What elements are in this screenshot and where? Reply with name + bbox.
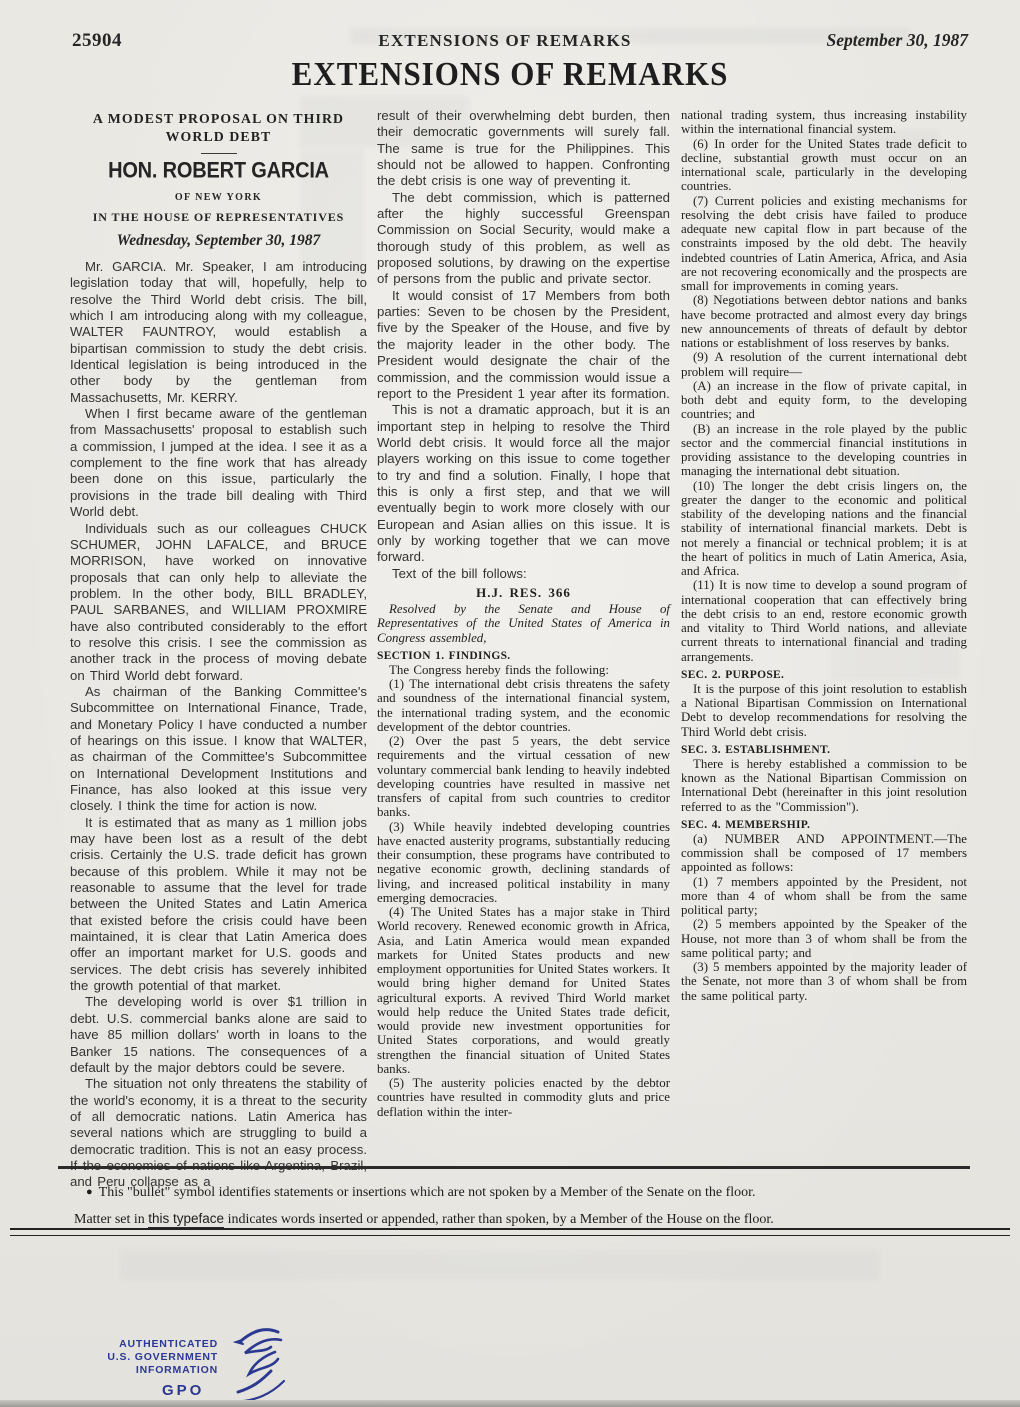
article-dateline: Wednesday, September 30, 1987 — [70, 232, 367, 250]
gpo-seal-line-3: INFORMATION — [58, 1364, 218, 1377]
gpo-seal-line-1: AUTHENTICATED — [58, 1338, 218, 1351]
title-divider — [201, 153, 237, 154]
page-bottom-rule — [10, 1228, 1010, 1236]
paragraph: The Congress hereby finds the following: — [377, 663, 670, 677]
column-3-text: national trading system, thus increasing… — [681, 108, 967, 1003]
congressional-record-page: 25904 EXTENSIONS OF REMARKS September 30… — [0, 0, 1020, 1407]
footnote-line-2-pre: Matter set in — [74, 1212, 148, 1227]
gpo-seal-text: AUTHENTICATED U.S. GOVERNMENT INFORMATIO… — [58, 1338, 218, 1377]
paragraph: Individuals such as our colleagues CHUCK… — [70, 521, 367, 684]
gpo-authentication-seal: AUTHENTICATED U.S. GOVERNMENT INFORMATIO… — [58, 1330, 308, 1402]
footnote-divider — [58, 1166, 970, 1169]
paragraph: (A) an increase in the flow of private c… — [681, 379, 967, 422]
running-head-date: September 30, 1987 — [768, 30, 968, 51]
paragraph: (3) While heavily indebted developing co… — [377, 820, 670, 906]
paragraph: (3) 5 members appointed by the majority … — [681, 960, 967, 1003]
paragraph: The developing world is over $1 trillion… — [70, 994, 367, 1076]
article-header: A MODEST PROPOSAL ON THIRD WORLD DEBT HO… — [70, 110, 367, 250]
article-chamber: IN THE HOUSE OF REPRESENTATIVES — [70, 210, 367, 225]
article-title: A MODEST PROPOSAL ON THIRD WORLD DEBT — [70, 110, 367, 146]
running-head-title: EXTENSIONS OF REMARKS — [242, 31, 768, 51]
article-speaker-state: OF NEW YORK — [70, 192, 367, 203]
running-header: 25904 EXTENSIONS OF REMARKS September 30… — [72, 30, 968, 52]
gpo-abbreviation: GPO — [162, 1382, 204, 1399]
typeface-sample-text: this typeface — [148, 1211, 224, 1228]
footnote-block: ●This "bullet" symbol identifies stateme… — [74, 1181, 962, 1231]
paragraph: SECTION 1. FINDINGS. — [377, 649, 670, 663]
paragraph: (7) Current policies and existing mechan… — [681, 194, 967, 294]
paragraph: This is not a dramatic approach, but it … — [377, 402, 670, 565]
paragraph: When I first became aware of the gentlem… — [70, 406, 367, 520]
footnote-line-2-post: indicates words inserted or appended, ra… — [224, 1212, 774, 1227]
paragraph: (10) The longer the debt crisis lingers … — [681, 479, 967, 579]
footnote-line-1: ●This "bullet" symbol identifies stateme… — [74, 1181, 962, 1204]
page-number: 25904 — [72, 30, 242, 52]
paragraph: (a) NUMBER AND APPOINTMENT.—The commissi… — [681, 832, 967, 875]
paragraph: Text of the bill follows: — [377, 566, 670, 582]
paragraph: As chairman of the Banking Committee's S… — [70, 684, 367, 815]
bullet-icon: ● — [86, 1186, 93, 1198]
section-title: EXTENSIONS OF REMARKS — [0, 55, 1020, 94]
paragraph: It would consist of 17 Members from both… — [377, 288, 670, 402]
paragraph: (11) It is now time to develop a sound p… — [681, 578, 967, 664]
paragraph: (1) 7 members appointed by the President… — [681, 875, 967, 918]
scan-page-edge — [0, 1400, 1020, 1407]
paragraph: (1) The international debt crisis threat… — [377, 677, 670, 734]
paragraph: (2) 5 members appointed by the Speaker o… — [681, 917, 967, 960]
paragraph: result of their overwhelming debt burden… — [377, 108, 670, 190]
article-speaker-name: HON. ROBERT GARCIA — [70, 159, 367, 184]
paragraph: Mr. GARCIA. Mr. Speaker, I am introducin… — [70, 259, 367, 406]
paragraph: (B) an increase in the role played by th… — [681, 422, 967, 479]
footnote-line-1-text: This "bullet" symbol identifies statemen… — [99, 1185, 756, 1200]
column-1: A MODEST PROPOSAL ON THIRD WORLD DEBT HO… — [70, 108, 367, 1191]
column-2-text: result of their overwhelming debt burden… — [377, 108, 670, 1119]
paragraph: H.J. RES. 366 — [377, 586, 670, 600]
paragraph: Resolved by the Senate and House of Repr… — [377, 602, 670, 645]
paragraph: (5) The austerity policies enacted by th… — [377, 1076, 670, 1119]
paragraph: There is hereby established a commission… — [681, 757, 967, 814]
paragraph: It is estimated that as many as 1 millio… — [70, 815, 367, 995]
paragraph: SEC. 3. ESTABLISHMENT. — [681, 743, 967, 757]
paragraph: (9) A resolution of the current internat… — [681, 350, 967, 379]
paragraph: (4) The United States has a major stake … — [377, 905, 670, 1076]
gpo-eagle-icon — [218, 1324, 288, 1407]
paragraph: SEC. 2. PURPOSE. — [681, 668, 967, 682]
scan-artifact — [120, 1250, 880, 1280]
paragraph: (2) Over the past 5 years, the debt serv… — [377, 734, 670, 820]
gpo-seal-line-2: U.S. GOVERNMENT — [58, 1351, 218, 1364]
paragraph: The debt commission, which is patterned … — [377, 190, 670, 288]
paragraph: The situation not only threatens the sta… — [70, 1076, 367, 1190]
paragraph: (8) Negotiations between debtor nations … — [681, 293, 967, 350]
paragraph: national trading system, thus increasing… — [681, 108, 967, 137]
paragraph: It is the purpose of this joint resoluti… — [681, 682, 967, 739]
paragraph: (6) In order for the United States trade… — [681, 137, 967, 194]
paragraph: SEC. 4. MEMBERSHIP. — [681, 818, 967, 832]
column-1-text: Mr. GARCIA. Mr. Speaker, I am introducin… — [70, 259, 367, 1191]
